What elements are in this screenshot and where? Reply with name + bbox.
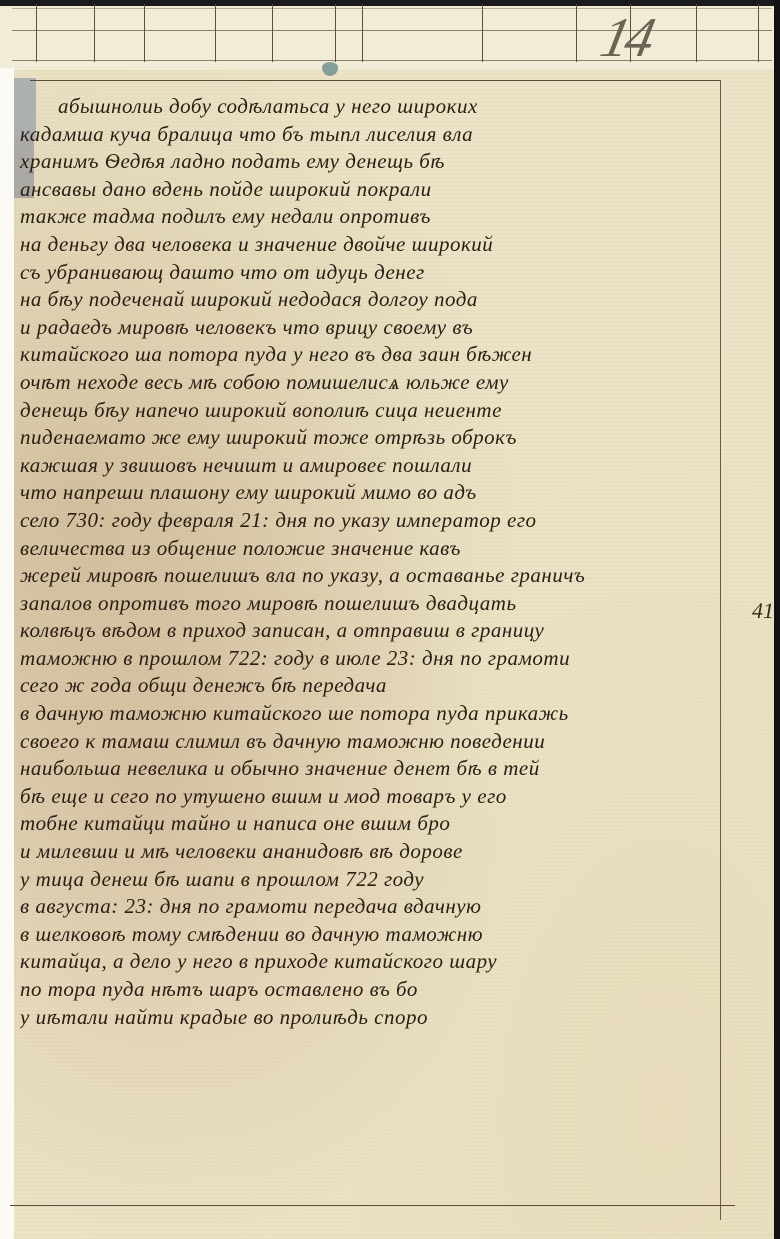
header-grid-column (362, 4, 363, 62)
text-line: сего ж года общи денежъ бѣ передача (20, 672, 720, 700)
text-line: величества из общение положие значение к… (20, 535, 720, 563)
header-grid-column (696, 4, 697, 62)
scan-border-right (774, 0, 780, 1239)
header-grid-column (144, 4, 145, 62)
text-line: пиденаемато же ему широкий тоже отрѣзь о… (20, 424, 720, 452)
text-line: кадамша куча бралица что бъ тыпл лиселия… (20, 121, 720, 149)
text-line: и милевши и мѣ человеки ананидовѣ вѣ дор… (20, 838, 720, 866)
manuscript-page: 14 абышнолиь добу содѣлатьса у него широ… (0, 0, 780, 1239)
header-grid-column (758, 4, 759, 62)
header-grid-column (482, 4, 483, 62)
header-grid-column (272, 4, 273, 62)
text-line: тобне китайци тайно и написа оне вшим бр… (20, 810, 720, 838)
header-grid-line (12, 60, 772, 61)
header-grid-column (215, 4, 216, 62)
text-line: абышнолиь добу содѣлатьса у него широких (20, 93, 720, 121)
text-line: что напреши плашону ему широкий мимо во … (20, 479, 720, 507)
text-line: на деньгу два человека и значение двойче… (20, 231, 720, 259)
text-line: по тора пуда нѣтъ шаръ оставлено въ бо (20, 976, 720, 1004)
text-line: в августа: 23: дня по грамоти передача в… (20, 893, 720, 921)
text-line: на бѣу подеченай широкий недодася долгоу… (20, 286, 720, 314)
text-line: у тица денеш бѣ шапи в прошлом 722 году (20, 866, 720, 894)
text-line: съ убранивающ дашто что от идуць денег (20, 259, 720, 287)
header-grid-column (36, 4, 37, 62)
text-line: также тадма подилъ ему недали опротивъ (20, 203, 720, 231)
scan-border-top (0, 0, 780, 6)
header-grid-line (12, 8, 772, 9)
page-left-edge (0, 68, 14, 1239)
text-line: наибольша невелика и обычно значение ден… (20, 755, 720, 783)
header-grid-line (12, 30, 772, 31)
text-line: кажшая у звишовъ нечишт и амировеє пошла… (20, 452, 720, 480)
text-line: у иѣтали найти крадые во пролиѣдь споро (20, 1004, 720, 1032)
pin-stain (322, 62, 338, 76)
text-line: село 730: году февраля 21: дня по указу … (20, 507, 720, 535)
text-line: в шелковоѣ тому смѣдении во дачную тамож… (20, 921, 720, 949)
text-line: и радаедъ мировѣ человекъ что врицу свое… (20, 314, 720, 342)
text-line: хранимъ Ѳедѣя ладно подать ему денещь бѣ (20, 148, 720, 176)
text-line: китайского ша потора пуда у него въ два … (20, 341, 720, 369)
frame-rule-top (30, 80, 720, 81)
text-line: таможню в прошлом 722: году в июле 23: д… (20, 645, 720, 673)
text-line: в дачную таможню китайского ше потора пу… (20, 700, 720, 728)
text-line: запалов опротивъ того мировѣ пошелишъ дв… (20, 590, 720, 618)
text-line: колвѣцъ вѣдом в приход записан, а отправ… (20, 617, 720, 645)
frame-rule-bottom (10, 1205, 735, 1206)
text-line: бѣ еще и сего по утушено вшим и мод това… (20, 783, 720, 811)
text-line: своего к тамаш слимил въ дачную таможню … (20, 728, 720, 756)
text-line: очѣт неходе весь мѣ собою помишелисѧ юль… (20, 369, 720, 397)
margin-note: 41 (752, 598, 774, 624)
header-grid-column (576, 4, 577, 62)
text-line: ансвавы дано вдень пойде широкий покрали (20, 176, 720, 204)
header-grid-column (94, 4, 95, 62)
text-line: жерей мировѣ пошелишъ вла по указу, а ос… (20, 562, 720, 590)
header-grid-column (335, 4, 336, 62)
text-line: китайца, а дело у него в приходе китайск… (20, 948, 720, 976)
frame-rule-right (720, 80, 721, 1220)
manuscript-text: абышнолиь добу содѣлатьса у него широких… (20, 93, 720, 1031)
text-line: денещь бѣу напечо широкий вополиѣ сица н… (20, 397, 720, 425)
